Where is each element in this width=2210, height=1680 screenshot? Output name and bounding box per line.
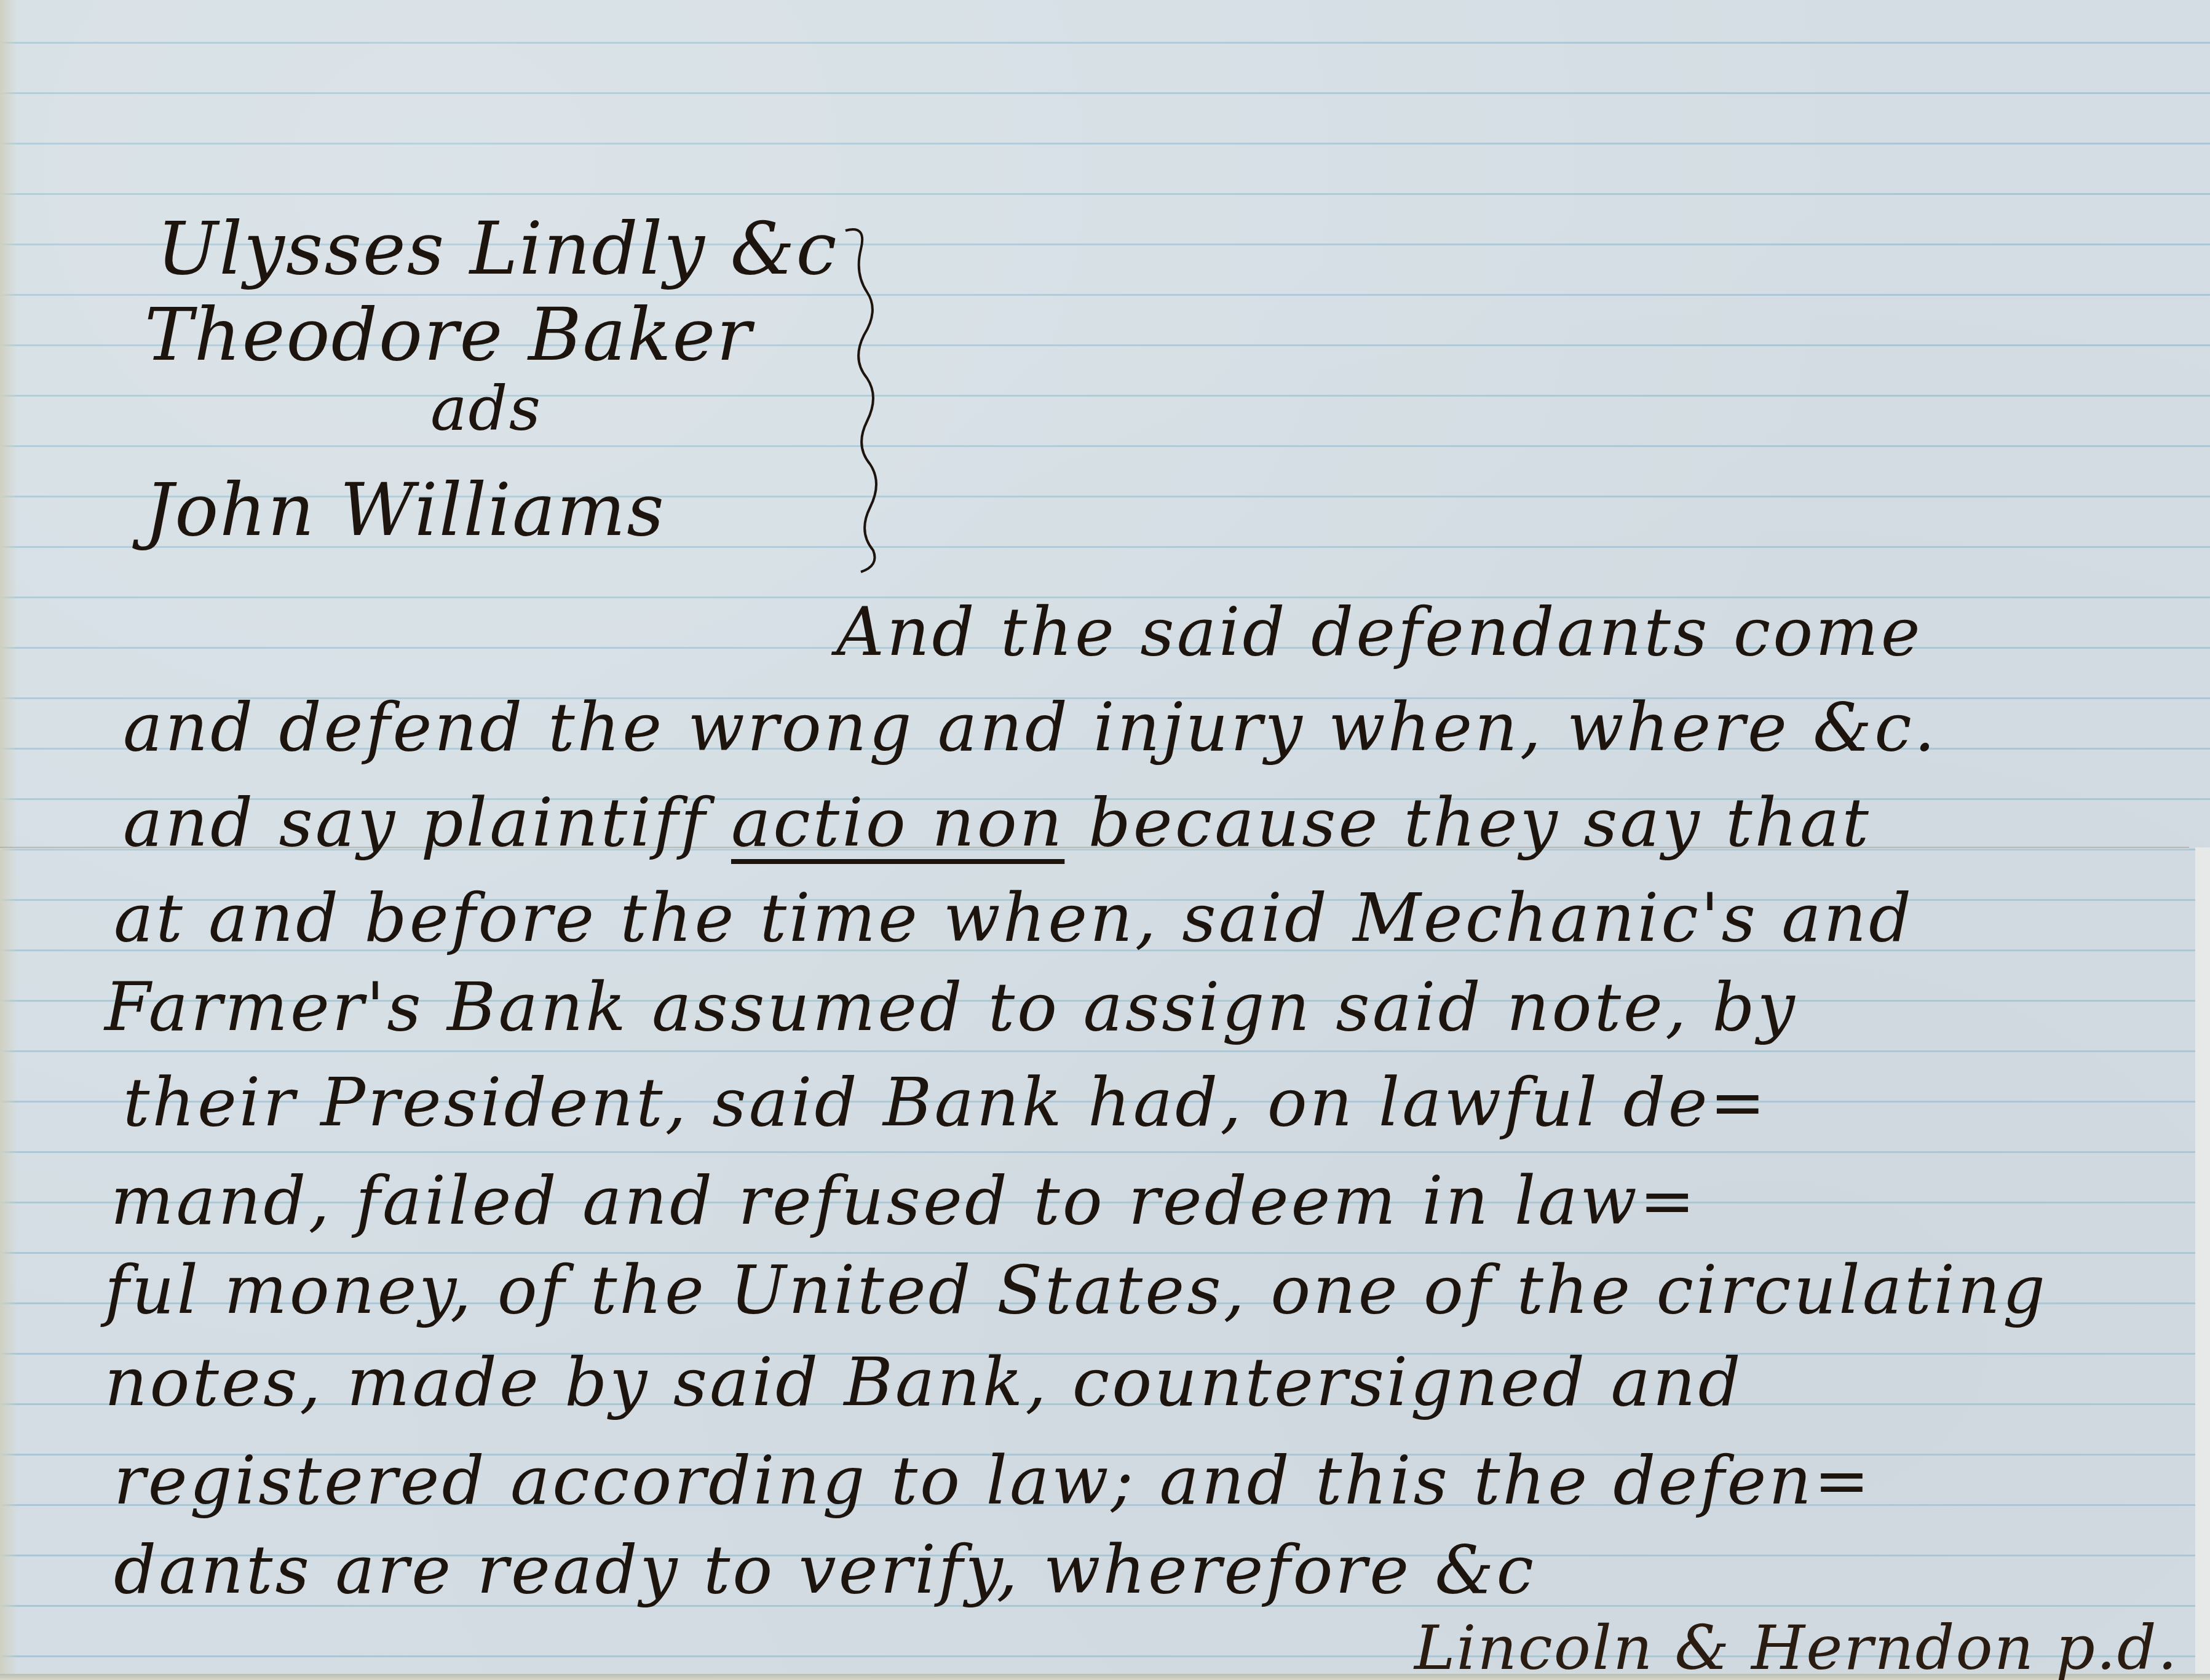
body-line-1: And the said defendants come <box>836 600 1923 666</box>
caption-parties-line-2: Theodore Baker <box>145 298 753 371</box>
paper-right-edge <box>2195 847 2210 1680</box>
body-line-2: and defend the wrong and injury when, wh… <box>123 695 1938 761</box>
body-line-10: registered according to law; and this th… <box>114 1448 1872 1515</box>
body-line-7: mand, failed and refused to redeem in la… <box>111 1168 1698 1235</box>
body-line-3-part-3: because they say that <box>1088 785 1871 862</box>
caption-brace-icon <box>842 212 898 575</box>
caption-parties-line-1: Ulysses Lindly &c <box>157 212 838 285</box>
body-line-5: Farmer's Bank assumed to assign said not… <box>105 975 1797 1041</box>
signature-lincoln-herndon: Lincoln & Herndon p.d. <box>1414 1617 2179 1679</box>
body-line-8: ful money, of the United States, one of … <box>105 1258 2048 1324</box>
body-line-4: at and before the time when, said Mechan… <box>114 886 1914 952</box>
body-line-11: dants are ready to verify, wherefore &c <box>114 1537 1536 1604</box>
paper-left-edge <box>0 0 17 1680</box>
document-page: Ulysses Lindly &c Theodore Baker ads Joh… <box>0 0 2210 1680</box>
caption-ads: ads <box>430 378 542 440</box>
body-line-3-part-1: and say plaintiff <box>123 785 708 862</box>
body-line-3: and say plaintiff actio non because they… <box>123 790 1871 857</box>
body-line-6: their President, said Bank had, on lawfu… <box>123 1070 1768 1136</box>
body-line-9: notes, made by said Bank, countersigned … <box>105 1350 1743 1416</box>
underlined-actio-non: actio non <box>731 785 1064 862</box>
caption-opposing-party: John Williams <box>145 473 665 546</box>
